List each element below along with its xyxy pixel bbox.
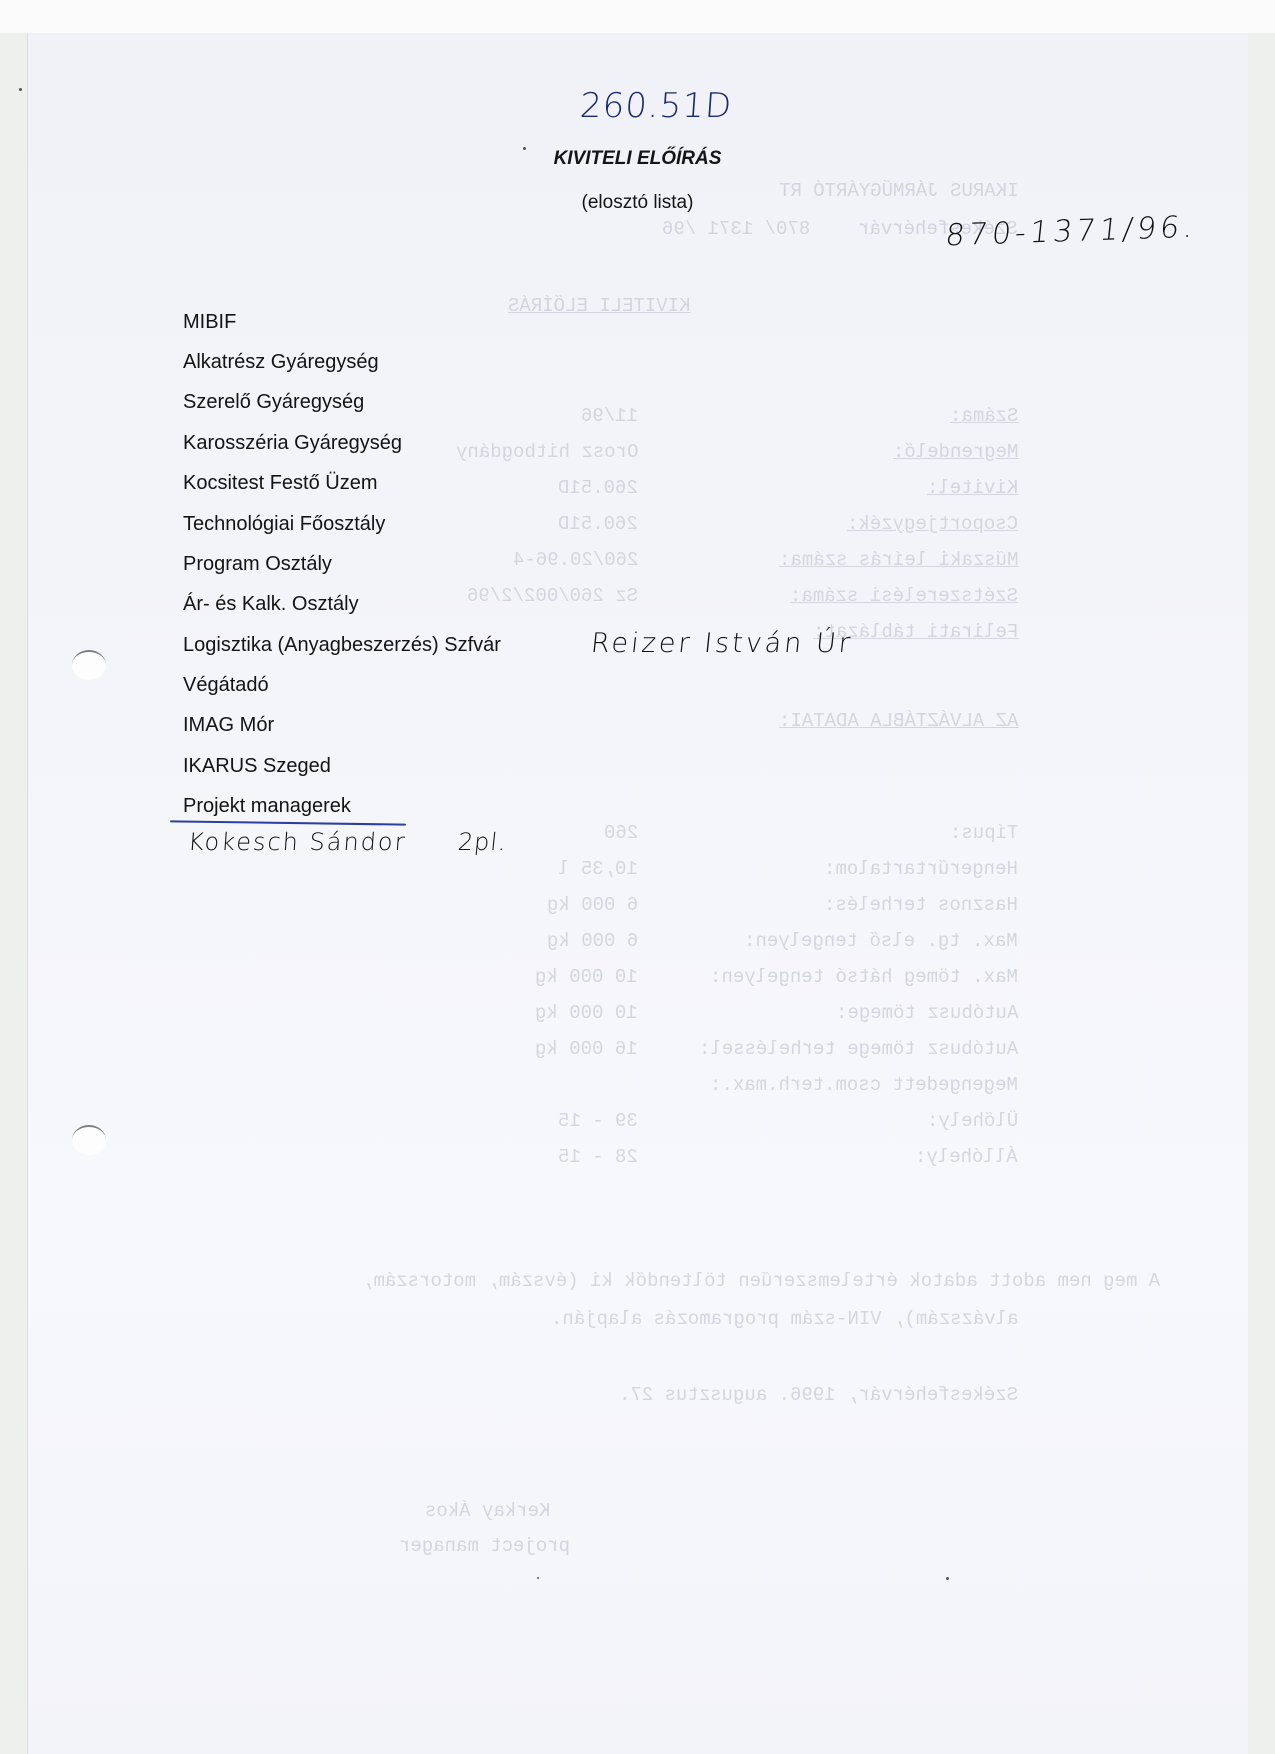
bleed-spec-label: Max. tömeg hátsó tengelyen: (710, 966, 1018, 988)
list-item: IMAG Mór (183, 714, 274, 737)
document-subtitle: (elosztó lista) (0, 192, 1275, 214)
bleed-spec-value: 16 000 kg (535, 1038, 638, 1060)
list-item: Technológiai Főosztály (183, 513, 385, 536)
bleed-spec-value: 6 000 kg (547, 894, 638, 916)
bleed-spec-value: 6 000 kg (547, 930, 638, 952)
scan-speck (946, 1577, 949, 1580)
bleed-spec-label: Ülőhely: (927, 1110, 1018, 1132)
bleed-note: A meg nem adott adatok értelemszerűen tö… (362, 1270, 1160, 1292)
bleed-spec-label: Max. tg. első tengelyen: (744, 930, 1018, 952)
list-item: MIBIF (183, 311, 236, 334)
scan-speck (537, 1577, 539, 1579)
list-item: Kocsitest Festő Üzem (183, 472, 378, 495)
bleed-field-value: 260.51D (558, 513, 638, 535)
bleed-field-value: 11/96 (581, 405, 638, 427)
bleed-field-label: Csoportjegyzék: (847, 513, 1018, 535)
handwritten-project-manager: Kokesch Sándor (187, 828, 407, 856)
bleed-spec-label: Típus: (950, 822, 1018, 844)
bleed-field-value: 260.51D (558, 477, 638, 499)
bleed-field-value: Orosz hitbogdány (456, 441, 638, 463)
document-title: KIVITELI ELŐÍRÁS (0, 148, 1275, 170)
bleed-spec-label: Hasznos terhelés: (824, 894, 1018, 916)
list-item: Ár- és Kalk. Osztály (183, 593, 359, 616)
bleed-spec-value: 10 000 kg (535, 1002, 638, 1024)
bleed-field-label: Száma: (950, 405, 1018, 427)
bleed-date: Székesfehérvár, 1996. augusztus 27. (619, 1384, 1018, 1406)
list-item: Projekt managerek (183, 795, 351, 818)
list-item: Alkatrész Gyáregység (183, 351, 379, 374)
bleed-spec-label: Autóbusz tömege: (836, 1002, 1018, 1024)
bleed-signer-role: project manager (399, 1535, 570, 1557)
bleed-spec-label: Hengerűrtartalom: (824, 858, 1018, 880)
list-item: Karosszéria Gyáregység (183, 432, 402, 455)
bleed-spec-value: 10,35 l (558, 858, 638, 880)
punch-hole (72, 650, 106, 680)
bleed-field-label: Szétszerelési száma: (790, 585, 1018, 607)
list-item: Program Osztály (183, 553, 332, 576)
handwritten-copy-count: 2pl. (457, 828, 509, 856)
list-item: Logisztika (Anyagbeszerzés) Szfvár (183, 634, 501, 657)
scan-top-margin (0, 0, 1275, 33)
punch-hole (72, 1125, 106, 1155)
bleed-spec-value: 10 000 kg (535, 966, 638, 988)
bleed-spec-value: 28 - 15 (558, 1146, 638, 1168)
list-item: Szerelő Gyáregység (183, 391, 364, 414)
bleed-spec-value: 260 (604, 822, 638, 844)
bleed-note: alvázszám), VIN-szám programozás alapján… (551, 1308, 1018, 1330)
bleed-signer: Kerkay Ákos (425, 1500, 550, 1522)
bleed-spec-label: Megengedett csom.terh.max.: (710, 1074, 1018, 1096)
bleed-field-label: Kivitel: (927, 477, 1018, 499)
scan-speck (19, 88, 22, 91)
bleed-heading: KIVITELI ELŐÍRÁS (508, 295, 690, 317)
bleed-ref: 870/ 1371 /96 (662, 218, 810, 240)
handwritten-document-code: 260.51D (579, 86, 734, 126)
bleed-field-value: Sz 260/002/2/96 (467, 585, 638, 607)
bleed-spec-label: Autóbusz tömege terheléssel: (699, 1038, 1018, 1060)
bleed-field-label: Megrendelő: (893, 441, 1018, 463)
bleed-field-value: 260/20.96-4 (513, 549, 638, 571)
bleed-field-label: Műszaki leírás száma: (779, 549, 1018, 571)
bleed-section: AZ ALVÁZTÁBLA ADATAI: (779, 710, 1018, 732)
list-item: Végátadó (183, 674, 269, 697)
list-item: IKARUS Szeged (183, 755, 331, 778)
bleed-spec-value: 39 - 15 (558, 1110, 638, 1132)
bleed-spec-label: Állóhely: (915, 1146, 1018, 1168)
handwritten-logistics-contact: Reizer István Úr (589, 628, 854, 659)
